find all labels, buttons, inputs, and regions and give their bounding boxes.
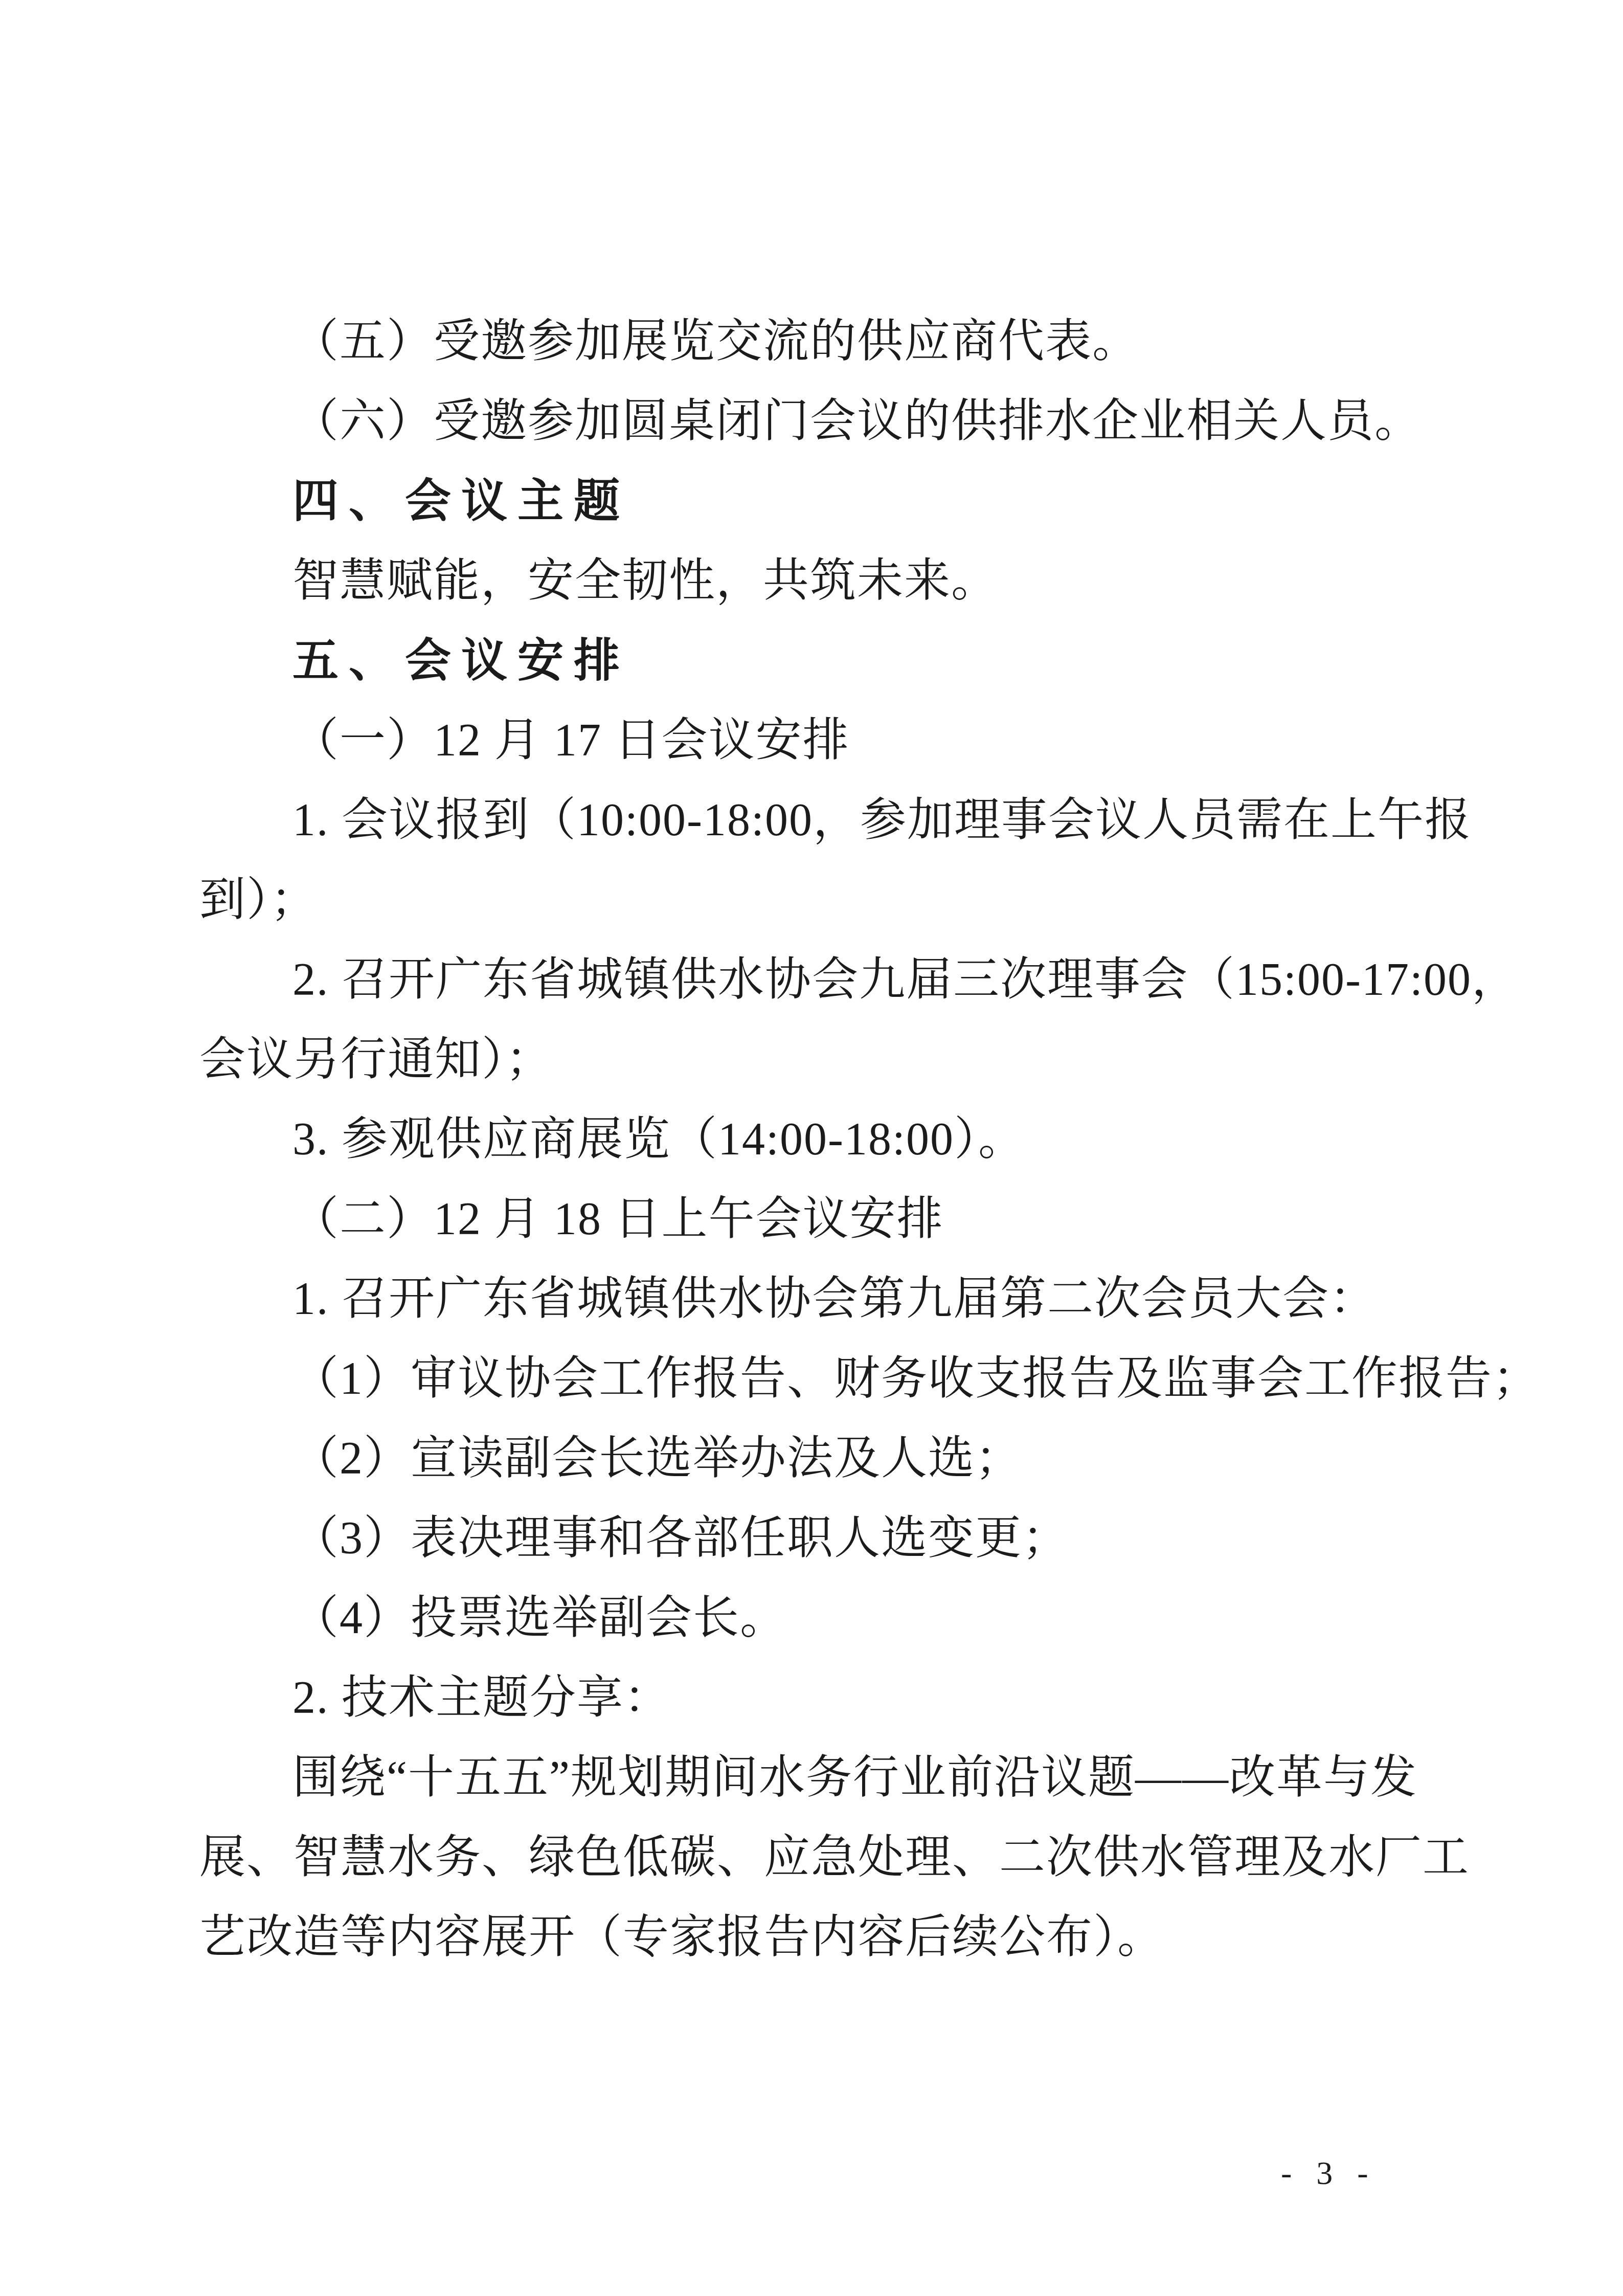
text-line: 2. 召开广东省城镇供水协会九届三次理事会（15:00-17:00， [199,940,1437,1020]
section-heading: 五、会议安排 [199,621,1437,701]
section-heading: 四、会议主题 [199,461,1437,541]
text-line: （五）受邀参加展览交流的供应商代表。 [199,302,1437,382]
document-page: （五）受邀参加展览交流的供应商代表。（六）受邀参加圆桌闭门会议的供排水企业相关人… [0,0,1623,2296]
text-line: 到）； [199,860,1437,940]
document-body: （五）受邀参加展览交流的供应商代表。（六）受邀参加圆桌闭门会议的供排水企业相关人… [199,302,1437,1977]
text-line: 3. 参观供应商展览（14:00-18:00）。 [199,1100,1437,1179]
text-line: （4）投票选举副会长。 [199,1578,1437,1658]
text-line: 1. 会议报到（10:00-18:00，参加理事会议人员需在上午报 [199,781,1437,860]
text-line: （2）宣读副会长选举办法及人选； [199,1419,1437,1499]
text-line: 围绕“十五五”规划期间水务行业前沿议题——改革与发 [199,1738,1437,1818]
text-line: 展、智慧水务、绿色低碳、应急处理、二次供水管理及水厂工 [199,1818,1437,1898]
text-line: （一）12 月 17 日会议安排 [199,701,1437,781]
text-line: （3）表决理事和各部任职人选变更； [199,1499,1437,1578]
text-line: 1. 召开广东省城镇供水协会第九届第二次会员大会： [199,1259,1437,1339]
text-line: 会议另行通知）； [199,1020,1437,1100]
page-number: - 3 - [1281,2154,1377,2192]
text-line: （二）12 月 18 日上午会议安排 [199,1179,1437,1259]
text-line: 2. 技术主题分享： [199,1658,1437,1738]
text-line: 艺改造等内容展开（专家报告内容后续公布）。 [199,1898,1437,1977]
text-line: （六）受邀参加圆桌闭门会议的供排水企业相关人员。 [199,382,1437,461]
text-line: （1）审议协会工作报告、财务收支报告及监事会工作报告； [199,1339,1437,1419]
text-line: 智慧赋能，安全韧性，共筑未来。 [199,541,1437,621]
